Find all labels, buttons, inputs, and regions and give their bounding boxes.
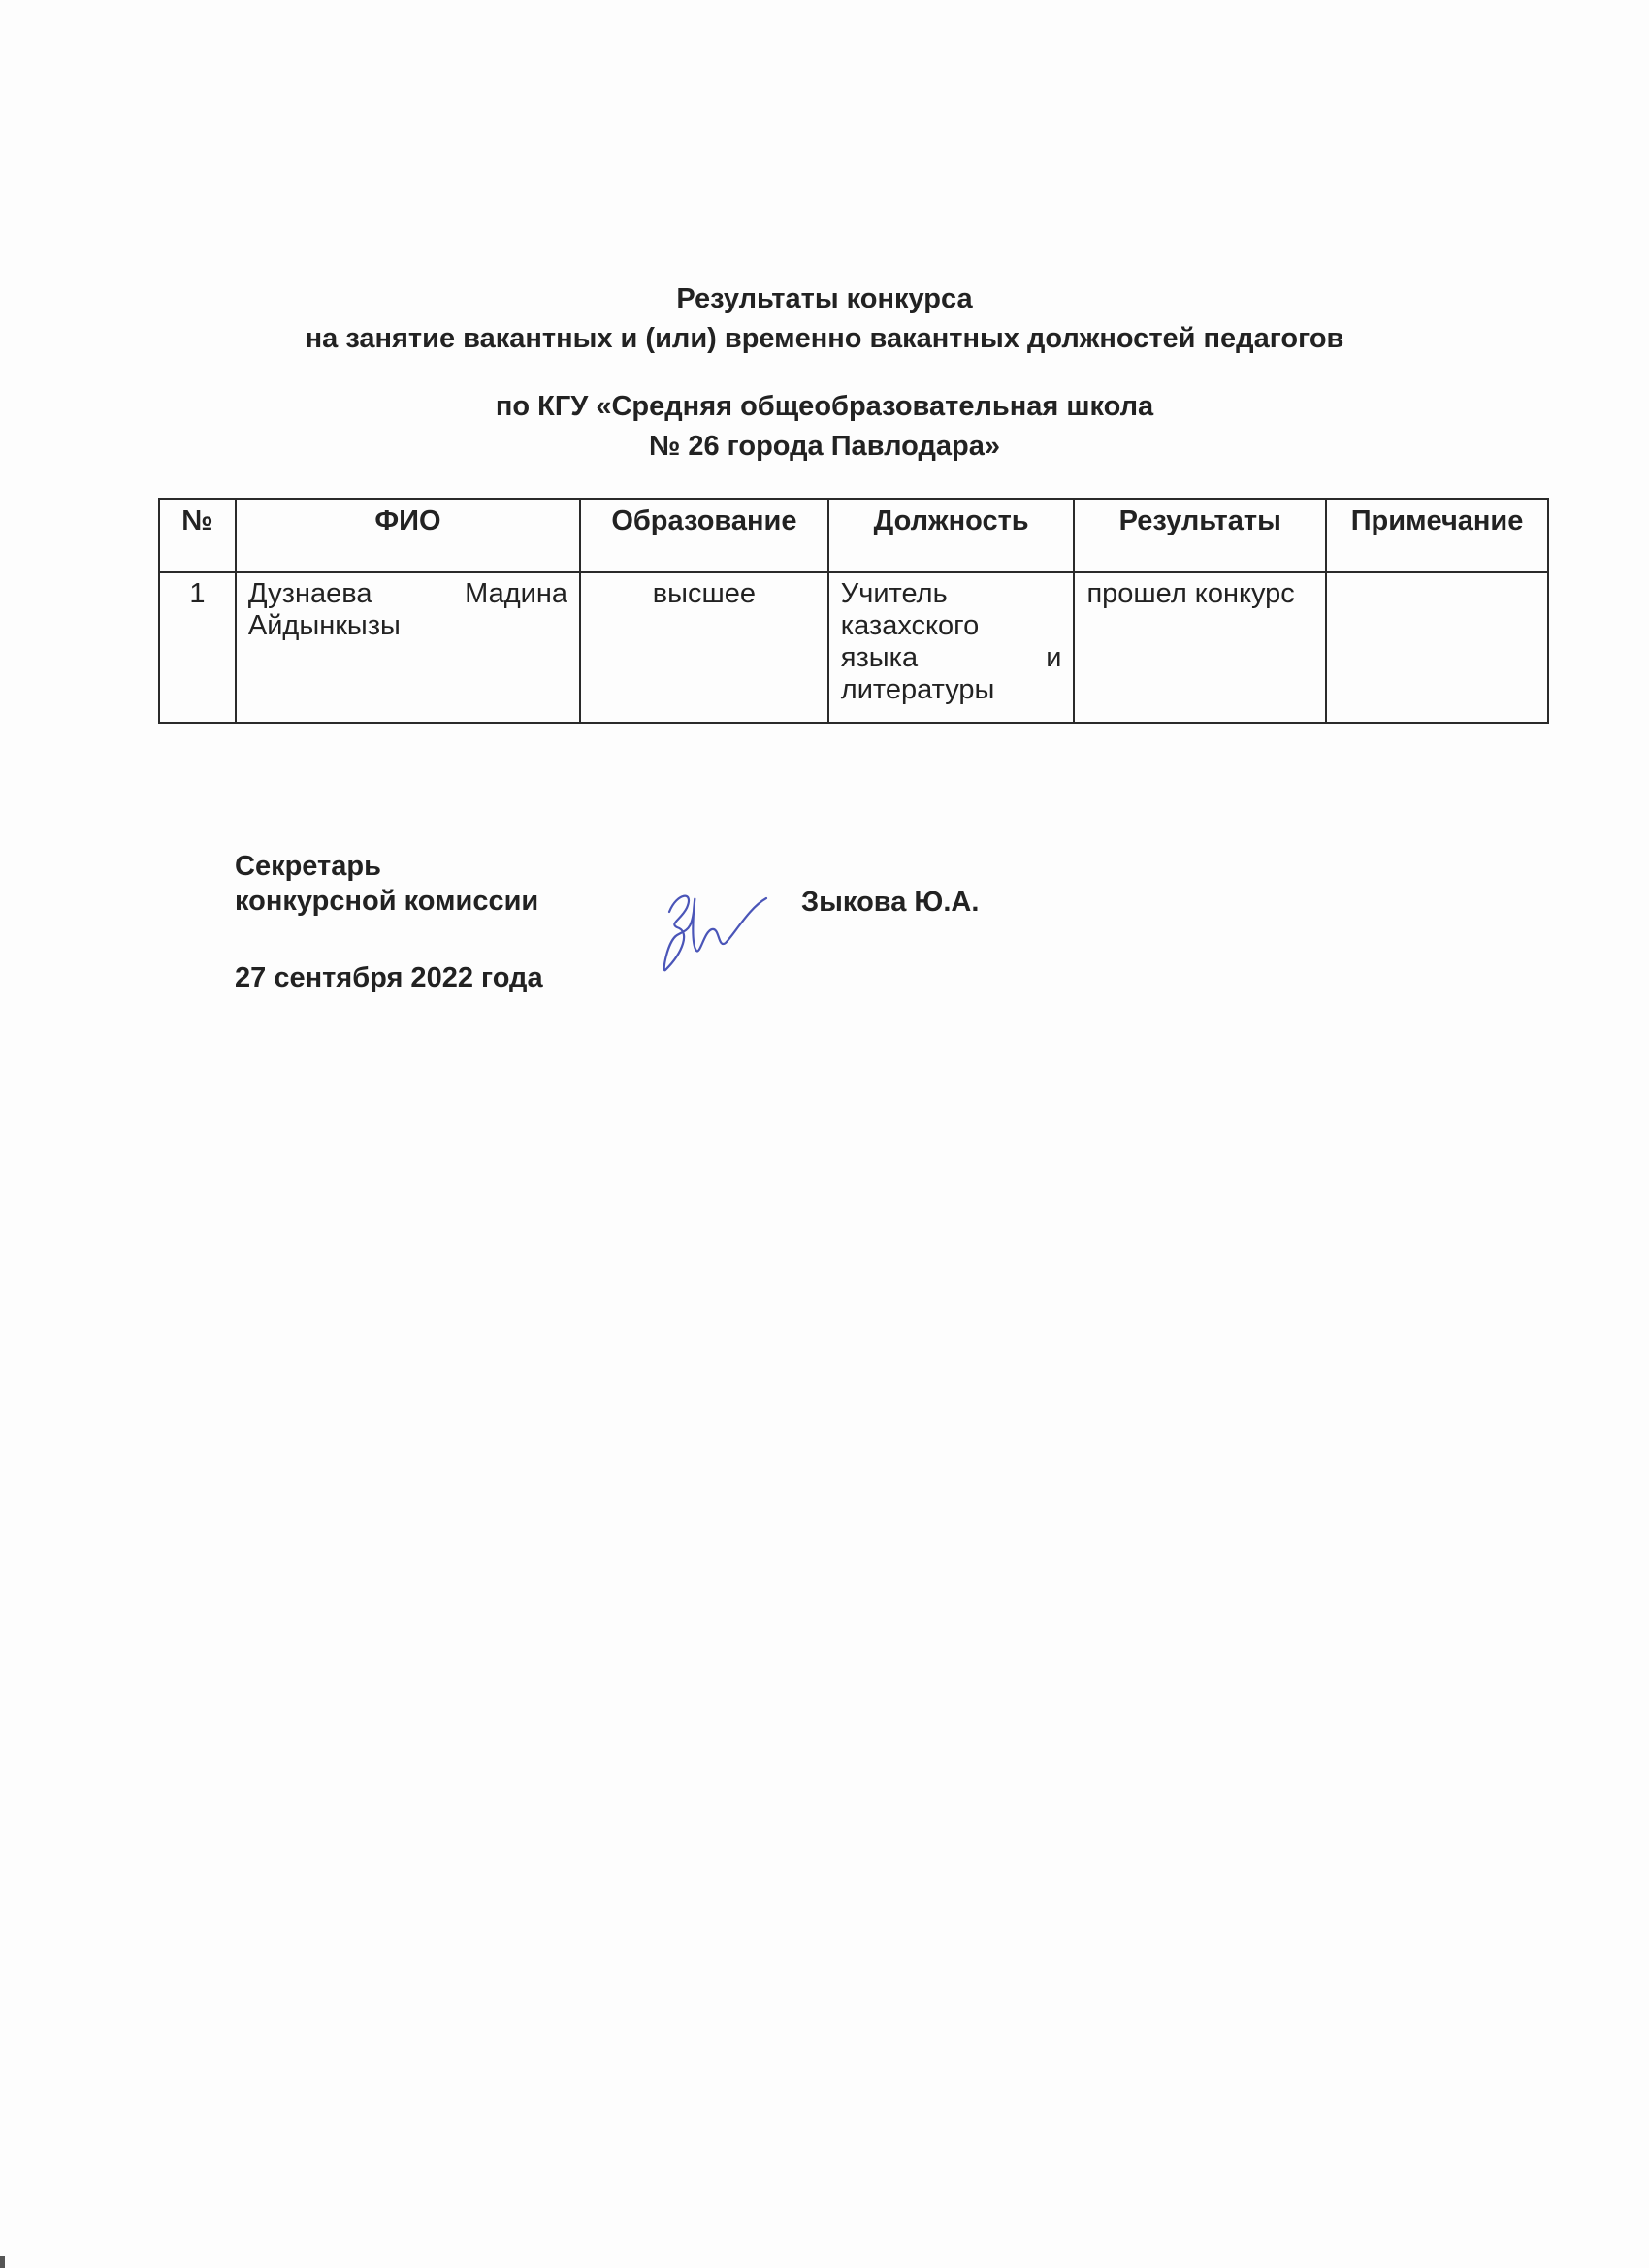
header-note: Примечание [1326,499,1548,572]
organization-heading: по КГУ «Средняя общеобразовательная школ… [0,387,1649,467]
role-line-2: конкурсной комиссии [235,884,538,919]
subtitle-line: на занятие вакантных и (или) временно ва… [0,319,1649,359]
table-header-row: № ФИО Образование Должность Результаты П… [159,499,1548,572]
handwritten-signature-icon [648,873,774,980]
organization-line-2: № 26 города Павлодара» [0,427,1649,467]
secretary-name: Зыкова Ю.А. [801,885,979,920]
header-results: Результаты [1074,499,1326,572]
title-line: Результаты конкурса [0,279,1649,319]
secretary-role: Секретарь конкурсной комиссии [235,849,538,919]
organization-line-1: по КГУ «Средняя общеобразовательная школ… [0,387,1649,427]
header-education: Образование [580,499,828,572]
document-page: Результаты конкурса на занятие вакантных… [0,0,1649,2268]
header-position: Должность [828,499,1075,572]
cell-fio: Дузнаева Мадина Айдынкызы [236,572,580,723]
role-line-1: Секретарь [235,849,538,884]
document-title: Результаты конкурса на занятие вакантных… [0,279,1649,359]
scan-edge-mark [0,2256,5,2268]
cell-number: 1 [159,572,236,723]
cell-result: прошел конкурс [1074,572,1326,723]
header-number: № [159,499,236,572]
document-date: 27 сентября 2022 года [235,960,543,995]
header-fio: ФИО [236,499,580,572]
results-table: № ФИО Образование Должность Результаты П… [158,498,1549,724]
cell-education: высшее [580,572,828,723]
cell-position: Учитель казахского языка и литературы [828,572,1075,723]
cell-note [1326,572,1548,723]
table-row: 1 Дузнаева Мадина Айдынкызы высшее Учите… [159,572,1548,723]
